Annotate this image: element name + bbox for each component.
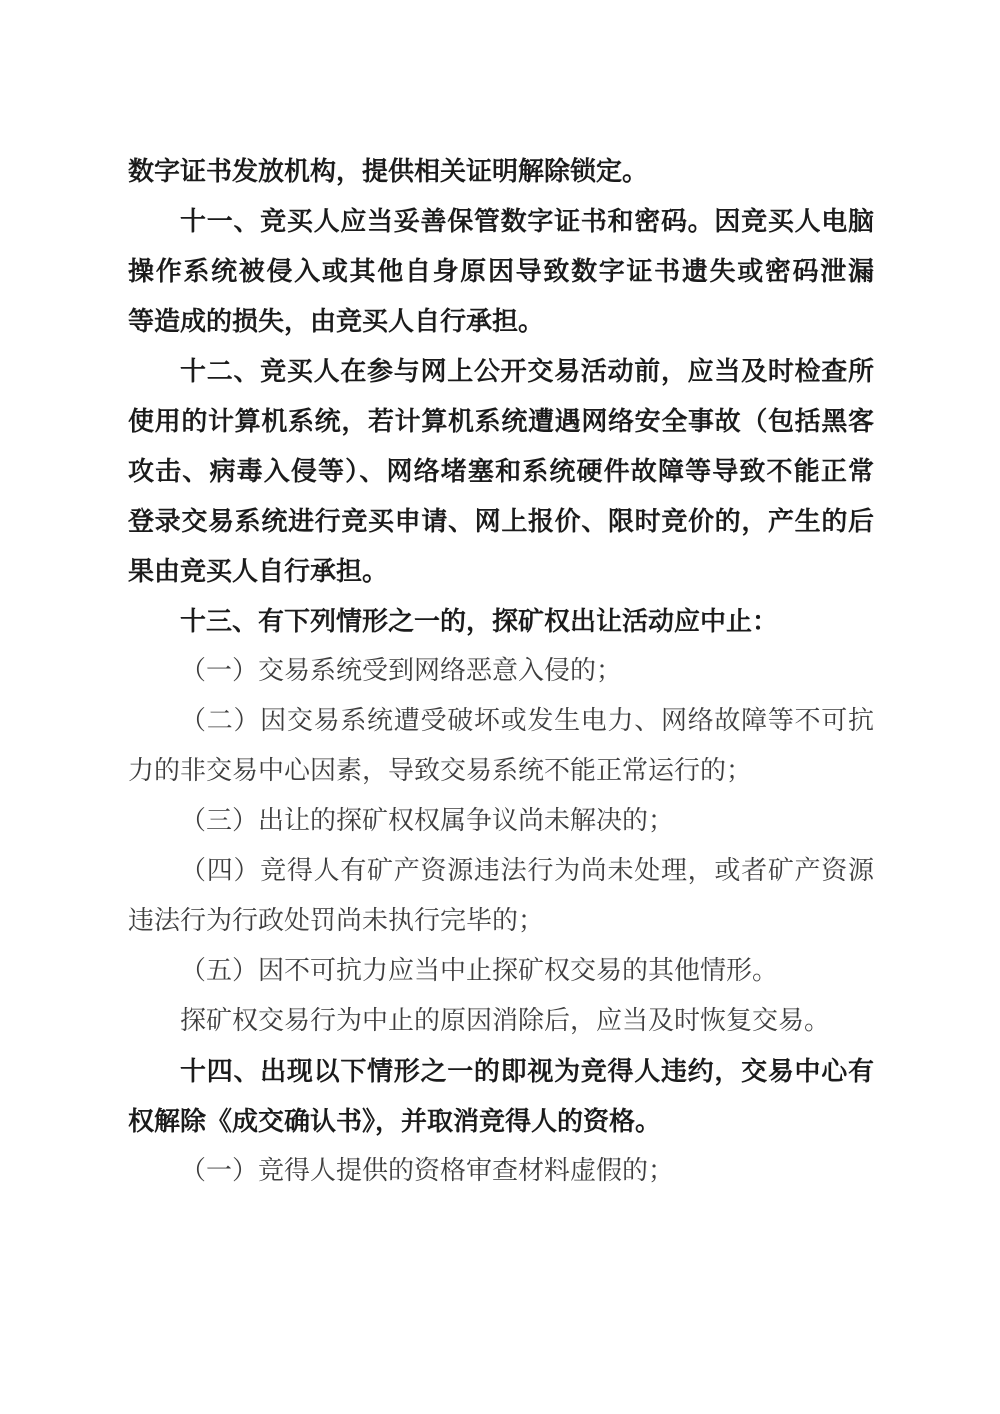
paragraph: （三）出让的探矿权权属争议尚未解决的； bbox=[128, 796, 874, 846]
text-line: 探矿权交易行为中止的原因消除后，应当及时恢复交易。 bbox=[128, 996, 874, 1046]
document-content: 数字证书发放机构，提供相关证明解除锁定。十一、竞买人应当妥善保管数字证书和密码。… bbox=[128, 146, 874, 1196]
text-line: 违法行为行政处罚尚未执行完毕的； bbox=[128, 896, 874, 946]
text-line: （四）竞得人有矿产资源违法行为尚未处理，或者矿产资源 bbox=[128, 846, 874, 896]
text-line: 权解除《成交确认书》，并取消竞得人的资格。 bbox=[128, 1096, 874, 1146]
text-line: 力的非交易中心因素，导致交易系统不能正常运行的； bbox=[128, 746, 874, 796]
paragraph: （五）因不可抗力应当中止探矿权交易的其他情形。 bbox=[128, 946, 874, 996]
paragraph: 十一、竞买人应当妥善保管数字证书和密码。因竞买人电脑操作系统被侵入或其他自身原因… bbox=[128, 196, 874, 346]
text-line: 等造成的损失，由竞买人自行承担。 bbox=[128, 296, 874, 346]
paragraph: 十四、出现以下情形之一的即视为竞得人违约，交易中心有权解除《成交确认书》，并取消… bbox=[128, 1046, 874, 1146]
text-line: 数字证书发放机构，提供相关证明解除锁定。 bbox=[128, 146, 874, 196]
text-line: 十三、有下列情形之一的，探矿权出让活动应中止： bbox=[128, 596, 874, 646]
paragraph: 十三、有下列情形之一的，探矿权出让活动应中止： bbox=[128, 596, 874, 646]
text-line: （三）出让的探矿权权属争议尚未解决的； bbox=[128, 796, 874, 846]
document-page: 数字证书发放机构，提供相关证明解除锁定。十一、竞买人应当妥善保管数字证书和密码。… bbox=[0, 0, 1000, 1414]
paragraph: （一）竞得人提供的资格审查材料虚假的； bbox=[128, 1146, 874, 1196]
paragraph: （一）交易系统受到网络恶意入侵的； bbox=[128, 646, 874, 696]
paragraph: （二）因交易系统遭受破坏或发生电力、网络故障等不可抗力的非交易中心因素，导致交易… bbox=[128, 696, 874, 796]
text-line: 操作系统被侵入或其他自身原因导致数字证书遗失或密码泄漏 bbox=[128, 246, 874, 296]
text-line: 十一、竞买人应当妥善保管数字证书和密码。因竞买人电脑 bbox=[128, 196, 874, 246]
paragraph: 数字证书发放机构，提供相关证明解除锁定。 bbox=[128, 146, 874, 196]
paragraph: 十二、竞买人在参与网上公开交易活动前，应当及时检查所使用的计算机系统，若计算机系… bbox=[128, 346, 874, 596]
text-line: （二）因交易系统遭受破坏或发生电力、网络故障等不可抗 bbox=[128, 696, 874, 746]
text-line: 十四、出现以下情形之一的即视为竞得人违约，交易中心有 bbox=[128, 1046, 874, 1096]
text-line: 使用的计算机系统，若计算机系统遭遇网络安全事故（包括黑客 bbox=[128, 396, 874, 446]
text-line: （五）因不可抗力应当中止探矿权交易的其他情形。 bbox=[128, 946, 874, 996]
text-line: （一）交易系统受到网络恶意入侵的； bbox=[128, 646, 874, 696]
text-line: 果由竞买人自行承担。 bbox=[128, 546, 874, 596]
text-line: 登录交易系统进行竞买申请、网上报价、限时竞价的，产生的后 bbox=[128, 496, 874, 546]
text-line: 十二、竞买人在参与网上公开交易活动前，应当及时检查所 bbox=[128, 346, 874, 396]
text-line: 攻击、病毒入侵等）、网络堵塞和系统硬件故障等导致不能正常 bbox=[128, 446, 874, 496]
text-line: （一）竞得人提供的资格审查材料虚假的； bbox=[128, 1146, 874, 1196]
paragraph: （四）竞得人有矿产资源违法行为尚未处理，或者矿产资源违法行为行政处罚尚未执行完毕… bbox=[128, 846, 874, 946]
paragraph: 探矿权交易行为中止的原因消除后，应当及时恢复交易。 bbox=[128, 996, 874, 1046]
